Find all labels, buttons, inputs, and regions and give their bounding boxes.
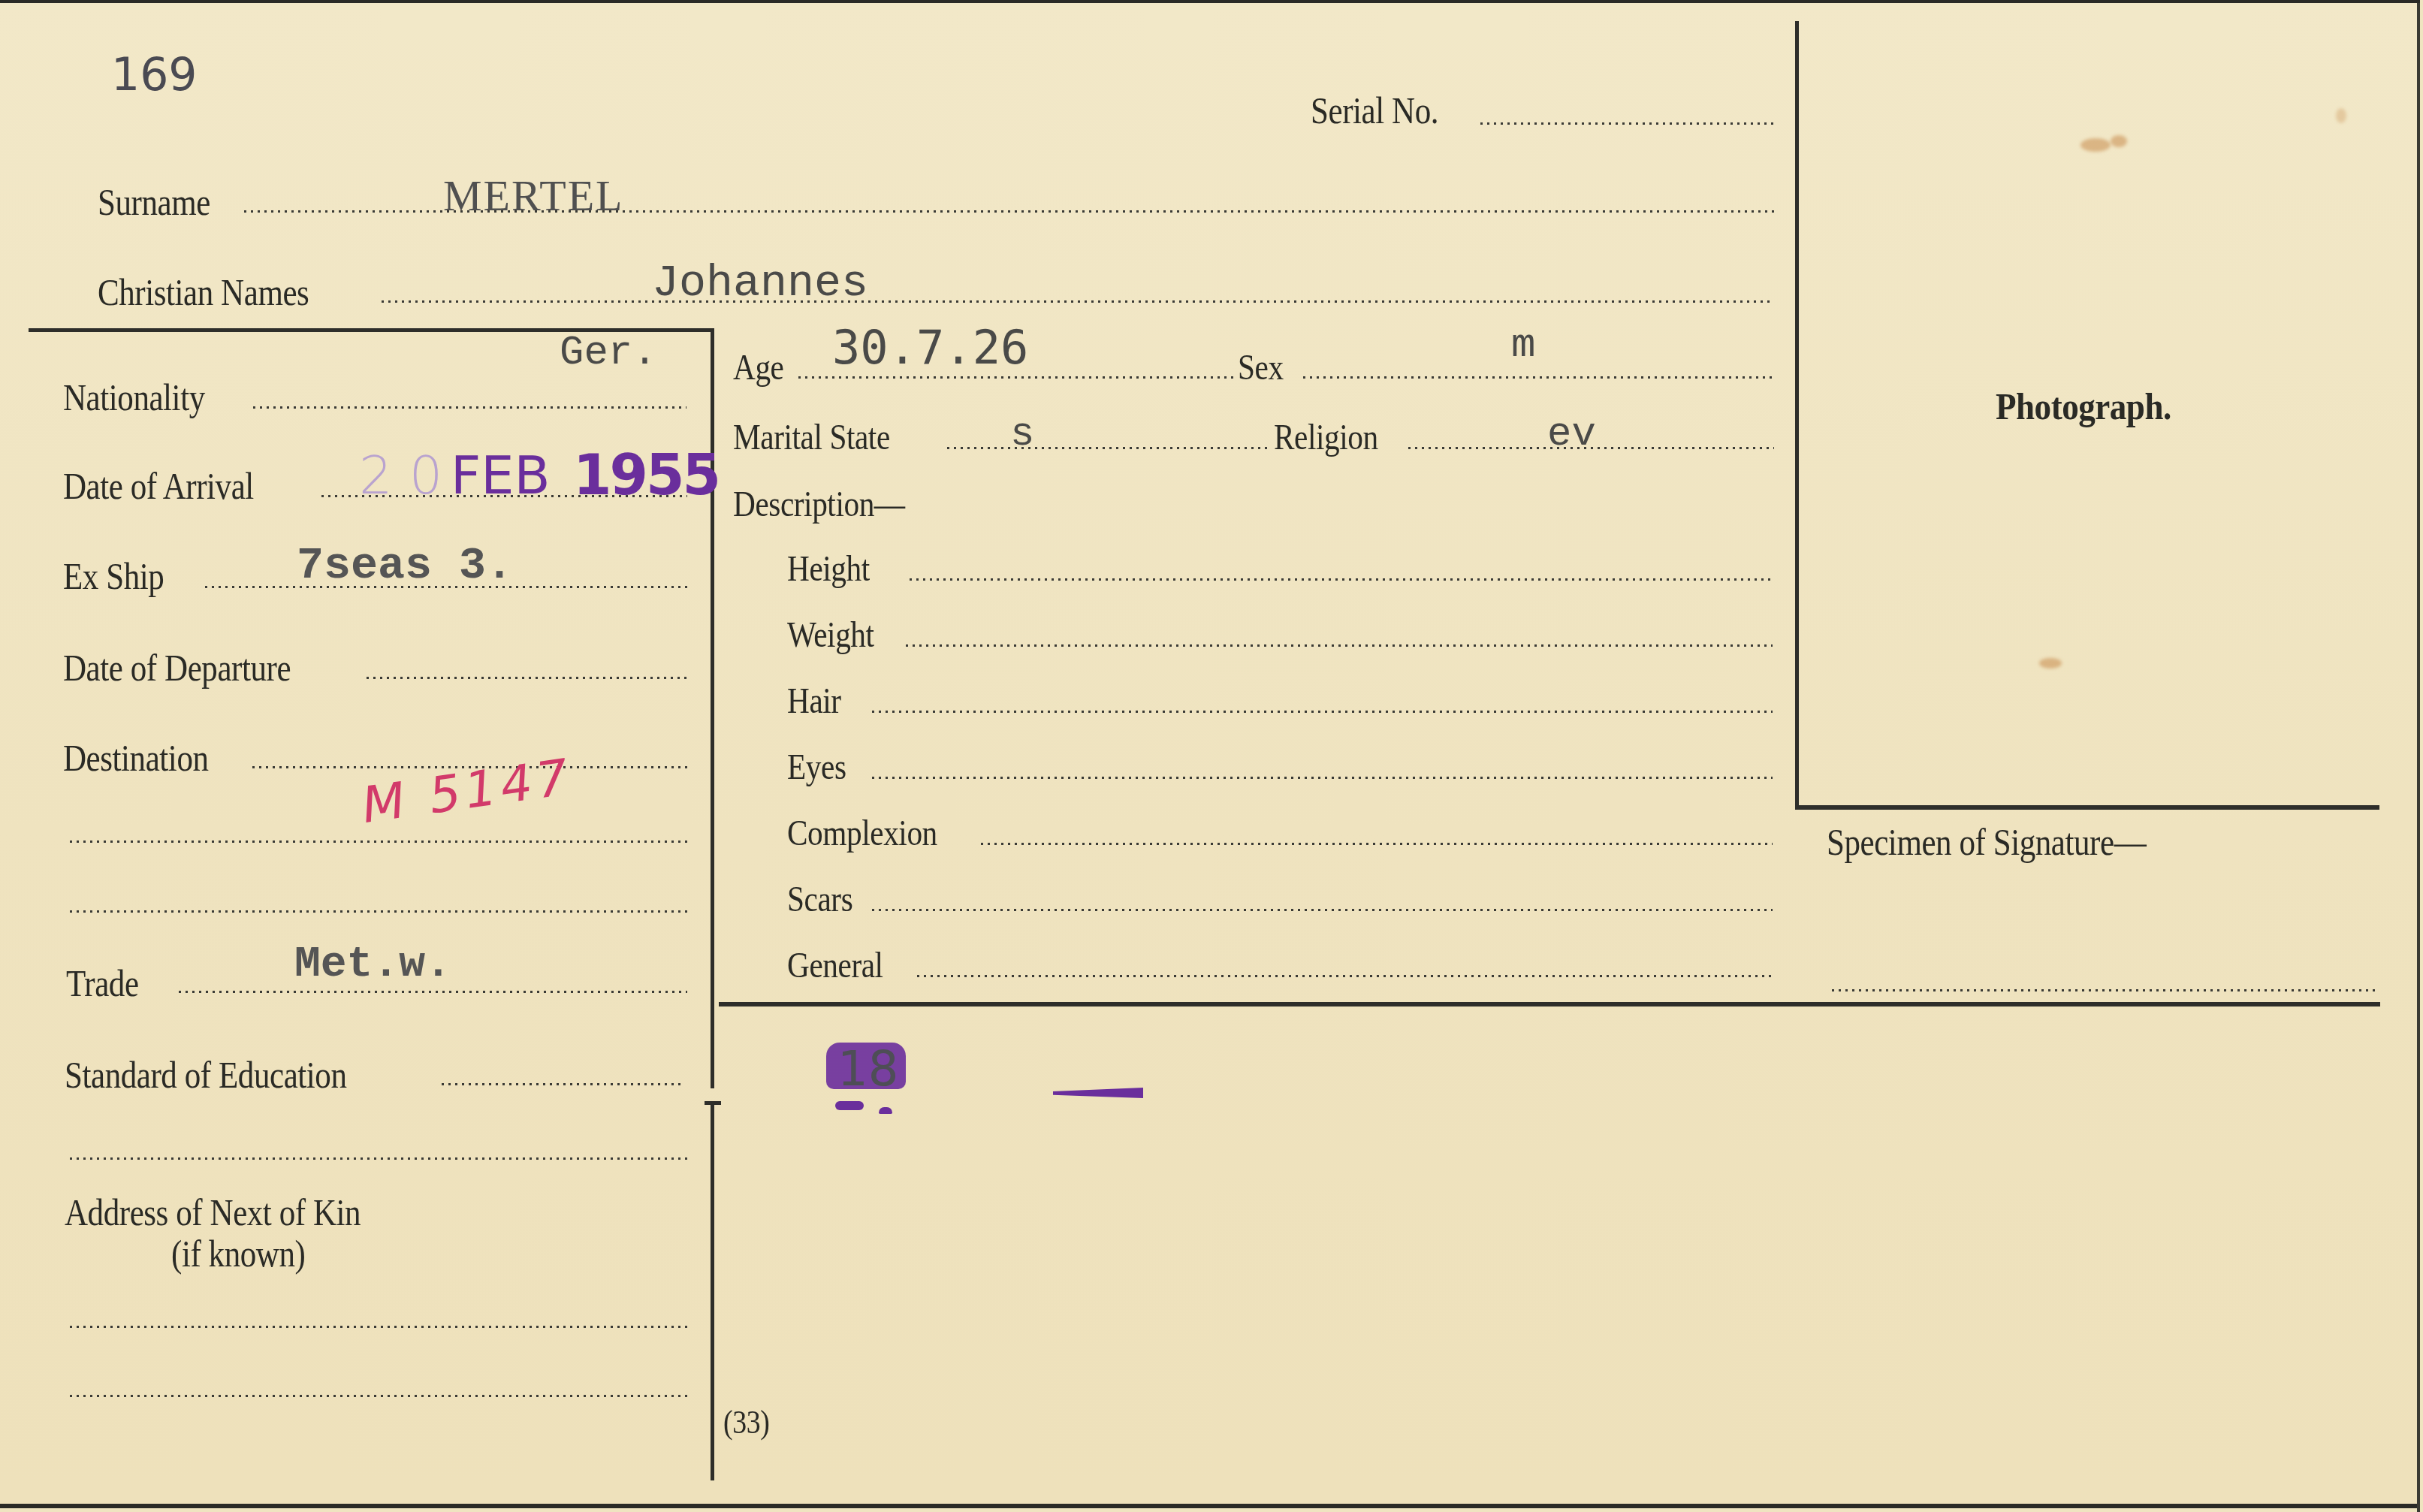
surname-value: MERTEL	[443, 174, 624, 218]
age-field[interactable]	[796, 376, 1236, 379]
description-complexion-field[interactable]	[979, 842, 1773, 846]
sex-value: m	[1511, 326, 1535, 367]
card-right-edge	[2417, 3, 2420, 1512]
description-general-field[interactable]	[915, 974, 1773, 978]
signature-field[interactable]	[1830, 988, 2379, 992]
arrival-stamp-month: FEB	[451, 449, 551, 502]
marital-state-label: Marital State	[733, 420, 890, 456]
standard-of-education-field-line-2[interactable]	[68, 1157, 687, 1160]
age-label: Age	[733, 350, 783, 386]
arrival-stamp-day: 2 0	[359, 449, 442, 502]
description-scars-label: Scars	[787, 882, 852, 918]
destination-field-line-2[interactable]	[68, 840, 687, 844]
christian-names-label: Christian Names	[98, 273, 309, 311]
nationality-field[interactable]	[251, 406, 686, 409]
stamp-ink-blob	[879, 1107, 892, 1114]
ex-ship-value: 7seas 3.	[297, 544, 513, 589]
signature-label: Specimen of Signature—	[1827, 823, 2146, 861]
column-divider-cap	[705, 1101, 721, 1105]
description-hair-field[interactable]	[870, 710, 1773, 714]
next-of-kin-sublabel: (if known)	[171, 1235, 305, 1272]
standard-of-education-field[interactable]	[439, 1082, 681, 1086]
religion-value: ev	[1547, 415, 1596, 455]
description-hair-label: Hair	[787, 684, 841, 720]
column-divider-lower	[711, 1103, 714, 1480]
sex-label: Sex	[1238, 350, 1284, 386]
photograph-area	[1800, 21, 2379, 805]
standard-of-education-label: Standard of Education	[65, 1056, 346, 1094]
ex-ship-label: Ex Ship	[63, 557, 164, 595]
card-number: 169	[111, 53, 198, 98]
date-of-arrival-label: Date of Arrival	[63, 467, 254, 505]
stamp-dash	[1053, 1088, 1143, 1098]
nationality-value: Ger.	[560, 333, 657, 374]
registration-card: 169 Serial No. Surname MERTEL Christian …	[0, 0, 2420, 1508]
stamp-ink-blob	[835, 1101, 864, 1110]
destination-label: Destination	[63, 739, 209, 777]
description-weight-field[interactable]	[904, 644, 1773, 647]
next-of-kin-label: Address of Next of Kin	[65, 1194, 361, 1231]
photo-box-left-border	[1795, 21, 1799, 810]
age-value: 30.7.26	[832, 324, 1028, 371]
description-scars-field[interactable]	[870, 908, 1773, 912]
religion-label: Religion	[1274, 420, 1378, 456]
section-divider-bottom	[719, 1002, 2380, 1006]
description-eyes-field[interactable]	[870, 776, 1773, 780]
next-of-kin-field-line-1[interactable]	[68, 1325, 687, 1329]
description-complexion-label: Complexion	[787, 816, 937, 852]
trade-label: Trade	[66, 964, 139, 1002]
sex-field[interactable]	[1301, 376, 1774, 379]
trade-value: Met.w.	[294, 943, 451, 987]
photo-box-bottom-border	[1795, 805, 2379, 810]
christian-names-field[interactable]	[379, 300, 1774, 303]
surname-label: Surname	[98, 183, 210, 221]
description-height-field[interactable]	[907, 578, 1773, 581]
nationality-label: Nationality	[63, 379, 205, 416]
serial-no-label: Serial No.	[1311, 92, 1438, 129]
description-weight-label: Weight	[787, 617, 874, 653]
trade-field[interactable]	[177, 990, 687, 994]
column-divider-upper	[711, 328, 714, 1088]
description-label: Description—	[733, 487, 905, 523]
christian-names-value: Johannes	[652, 261, 868, 306]
serial-no-field[interactable]	[1478, 122, 1775, 125]
marital-state-field[interactable]	[945, 446, 1268, 450]
form-number: (33)	[723, 1406, 769, 1439]
next-of-kin-field-line-2[interactable]	[68, 1394, 687, 1398]
destination-field-line-3[interactable]	[68, 910, 687, 913]
date-of-departure-label: Date of Departure	[63, 649, 291, 687]
handwritten-note: M 5147	[358, 748, 576, 834]
arrival-stamp-year: 1955	[573, 448, 719, 503]
description-height-label: Height	[787, 551, 870, 587]
date-of-departure-field[interactable]	[364, 676, 687, 680]
description-general-label: General	[787, 948, 883, 984]
marital-state-value: s	[1010, 415, 1034, 455]
description-eyes-label: Eyes	[787, 750, 846, 786]
stamp-number: 18	[837, 1046, 898, 1094]
